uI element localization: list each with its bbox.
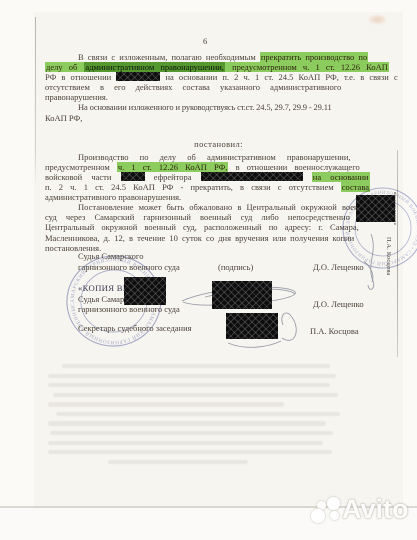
judge2-role-line2: гарнизонного военного суда (78, 304, 180, 314)
document-line: КоАП РФ, (45, 113, 392, 123)
inline-redaction (121, 172, 145, 181)
document-line: предусмотренном ч. 1 ст. 12.26 КоАП РФ, … (45, 162, 392, 172)
text-run: В связи с изложенным, полагаю необходимы… (78, 52, 260, 62)
avito-logo-dot (311, 509, 325, 523)
document-line: п. 2 ч. 1 ст. 24.5 КоАП РФ - прекратить,… (45, 182, 392, 192)
highlighted-text-run: на основании (312, 172, 370, 182)
bleedthrough-line (56, 412, 340, 416)
highlighted-text-run: прекратить производство по (260, 52, 368, 62)
highlighted-text-run: делу об (45, 62, 84, 72)
text-run (303, 172, 312, 182)
left-scan-margin (0, 0, 34, 540)
scanned-court-document: 6 В связи с изложенным, полагаю необходи… (0, 0, 417, 540)
document-line: административного правонарушения. (45, 192, 392, 202)
judge-role-line1: Судья Самарского (78, 251, 143, 261)
document-line: делу об административном правонарушении,… (45, 62, 392, 72)
text-run: правонарушения. (45, 92, 108, 102)
top-scan-margin (0, 0, 417, 12)
judge-name: Д.О. Лещенко (313, 262, 364, 272)
document-line: РФ в отношении на основании п. 2 ч. 1 ст… (45, 72, 392, 82)
document-text-block: В связи с изложенным, полагаю необходимы… (45, 52, 392, 253)
bleedthrough-line (50, 431, 333, 435)
text-run: КоАП РФ, (45, 113, 82, 123)
redaction-box-right-margin (356, 195, 395, 222)
avito-logo-dot (330, 511, 339, 520)
text-run: отсутствием в его действиях состава указ… (45, 82, 341, 92)
page-fold-line-right (397, 150, 398, 357)
text-run: в отношении военнослужащего (228, 162, 359, 172)
document-line: На основании изложенного и руководствуяс… (45, 102, 392, 112)
right-scan-margin (403, 0, 417, 540)
secretary-role: Секретарь судебного заседания (78, 323, 192, 333)
text-run: Центральный окружной военный суд, распол… (45, 222, 359, 232)
bleedthrough-line (48, 421, 326, 425)
inline-redaction (116, 72, 160, 81)
text-run: п. 2 ч. 1 ст. 24.5 КоАП РФ - прекратить,… (45, 182, 341, 192)
scan-smudge (369, 15, 386, 24)
document-heading: постановил: (45, 139, 392, 149)
document-line: Центральный окружной военный суд, распол… (45, 222, 392, 232)
text-run: на основании п. 2 ч. 1 ст. 24.5 КоАП РФ,… (160, 72, 397, 82)
document-line: правонарушения. (45, 92, 392, 102)
text-run: Масленникова, д. 12, в течение 10 суток … (45, 233, 354, 243)
text-run: административного правонарушения. (45, 192, 181, 202)
highlighted-text-run: предусмотренном ч. 1 ст. 12.26 КоАП (225, 62, 389, 72)
text-run: войсковой части (45, 172, 121, 182)
text-run: На основании изложенного и руководствуяс… (78, 102, 332, 112)
signature-placeholder: (подпись) (218, 262, 253, 272)
bleedthrough-line (53, 393, 338, 397)
redaction-box-copy-mark (124, 277, 166, 305)
document-line: Масленникова, д. 12, в течение 10 суток … (45, 233, 392, 243)
bleedthrough-line (48, 383, 330, 387)
document-line: Производство по делу об административном… (45, 152, 392, 162)
text-run: Постановление может быть обжаловано в Це… (78, 202, 373, 212)
document-line: Постановление может быть обжаловано в Це… (45, 202, 392, 212)
redaction-box-signature-1 (212, 281, 272, 309)
page-number: 6 (203, 36, 207, 46)
inline-redaction (201, 172, 303, 181)
bleedthrough-line (48, 374, 336, 378)
text-run: Производство по делу об административном… (78, 152, 351, 162)
bleedthrough-line (48, 441, 323, 445)
bleedthrough-line (62, 364, 330, 368)
avito-watermark-label: Avito (342, 491, 409, 527)
highlighted-text-run: ч. 1 ст. 12.26 КоАП РФ, (117, 162, 229, 172)
judge-role-line2: гарнизонного военного суда (78, 262, 180, 272)
redaction-box-signature-2 (226, 313, 278, 339)
document-line: суд через Самарский гарнизонный военный … (45, 212, 392, 222)
text-run: РФ в отношении (45, 72, 116, 82)
bleedthrough-line (48, 450, 332, 454)
bleedthrough-line (48, 402, 284, 406)
copy-true-mark: «КОПИЯ ВЕ (78, 283, 129, 293)
bleedthrough-line (108, 460, 248, 464)
text-run: суд через Самарский гарнизонный военный … (45, 212, 350, 222)
page-fold-line-left (35, 17, 36, 187)
bleedthrough-text (48, 364, 348, 469)
avito-logo-dot (327, 497, 340, 510)
judge2-name: Д.О. Лещенко (313, 299, 364, 309)
secretary-name: П.А. Косцова (310, 326, 359, 336)
document-line: отсутствием в его действиях состава указ… (45, 82, 392, 92)
vertical-margin-name: П.А. Косцова (385, 237, 392, 303)
avito-watermark: Avito (310, 492, 417, 532)
document-line: В связи с изложенным, полагаю необходимы… (45, 52, 392, 62)
text-run: ефрейтора (145, 172, 201, 182)
text-run: предусмотренном (45, 162, 117, 172)
highlighted-text-run: административном правонарушении, (84, 62, 225, 72)
judge2-role-line1: Судья Самар (78, 294, 124, 304)
highlighted-text-run: состава (341, 182, 370, 192)
document-line: войсковой части ефрейтора на основании (45, 172, 392, 182)
